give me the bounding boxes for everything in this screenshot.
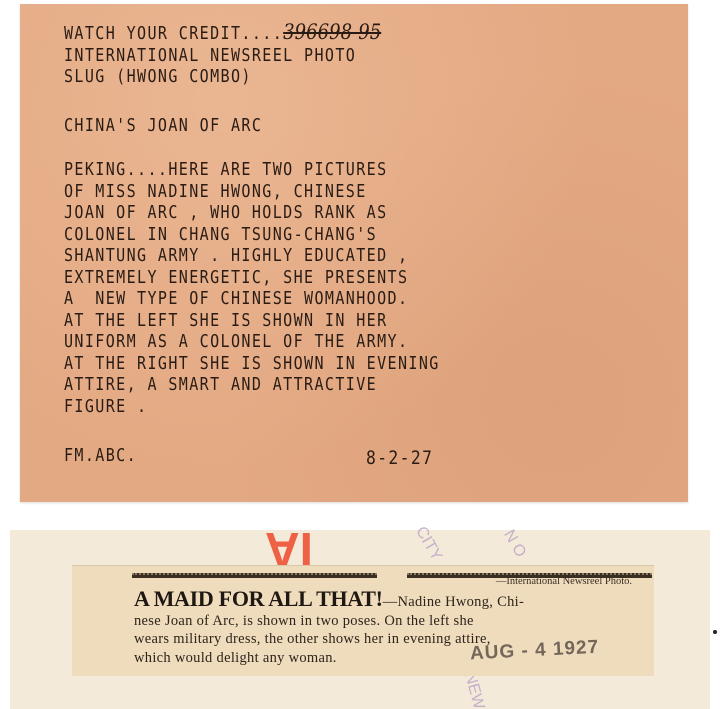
red-stamp-mark: AI (265, 530, 395, 566)
clipping-line-3: wears military dress, the other shows he… (134, 631, 491, 647)
body-line: FIGURE . (64, 397, 148, 417)
clipping-line-1: —Nadine Hwong, Chi- (383, 594, 524, 610)
clipping-line-2: nese Joan of Arc, is shown in two poses.… (134, 613, 474, 629)
header-line-1: WATCH YOUR CREDIT.... (64, 24, 283, 44)
body-line: JOAN OF ARC , WHO HOLDS RANK AS (64, 203, 388, 223)
body-line: EXTREMELY ENERGETIC, SHE PRESENTS (64, 268, 408, 288)
footer-date: 8-2-27 (366, 448, 433, 470)
footer-left: FM.ABC. (64, 446, 137, 468)
body-line: AT THE LEFT SHE IS SHOWN IN HER (64, 311, 388, 331)
header-line-2: INTERNATIONAL NEWSREEL PHOTO (64, 46, 356, 66)
rule-left (132, 573, 377, 578)
credit-number: 396698-95 (283, 20, 381, 44)
header-line-3: SLUG (HWONG COMBO) (64, 67, 252, 87)
body-line: AT THE RIGHT SHE IS SHOWN IN EVENING (64, 354, 440, 374)
clipping-headline: A MAID FOR ALL THAT! (134, 586, 383, 611)
body-line: OF MISS NADINE HWONG, CHINESE (64, 182, 367, 202)
header-block: WATCH YOUR CREDIT....396698-95 INTERNATI… (64, 22, 381, 89)
photo-credit: —International Newsreel Photo. (496, 576, 632, 587)
body-line: UNIFORM AS A COLONEL OF THE ARMY. (64, 332, 408, 352)
body-line: COLONEL IN CHANG TSUNG-CHANG'S (64, 225, 377, 245)
edge-mark (713, 630, 717, 634)
caption-body: PEKING....HERE ARE TWO PICTURES OF MISS … (64, 160, 440, 418)
clipping-line-4: which would delight any woman. (134, 650, 337, 666)
body-line: PEKING....HERE ARE TWO PICTURES (64, 160, 388, 180)
body-line: ATTIRE, A SMART AND ATTRACTIVE (64, 375, 377, 395)
body-line: A NEW TYPE OF CHINESE WOMANHOOD. (64, 289, 408, 309)
body-line: SHANTUNG ARMY . HIGHLY EDUCATED , (64, 246, 408, 266)
caption-title: CHINA'S JOAN OF ARC (64, 116, 262, 138)
